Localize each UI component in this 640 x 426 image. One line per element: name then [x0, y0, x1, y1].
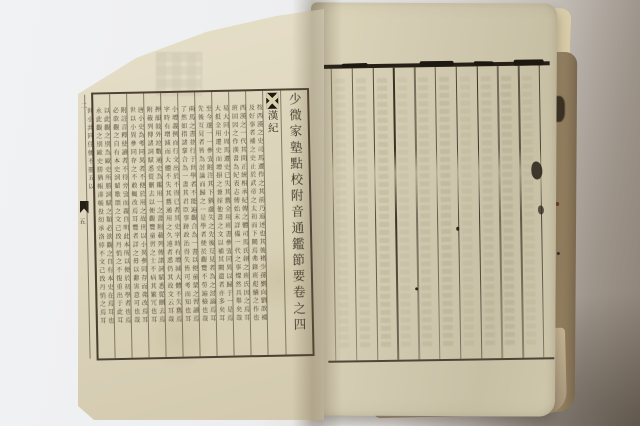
ruled-area: [324, 61, 555, 363]
show-through-text-column: [480, 76, 494, 346]
ink-smudge: [342, 63, 368, 68]
ink-smudge: [474, 61, 494, 65]
show-through-text-column: [501, 76, 515, 346]
right-page: [309, 2, 557, 416]
printed-text-frame: 少微家塾點校附音通鑑節要卷之四 漢紀 按西漢之史司馬遷作之其前乃追述也其後褚少孫…: [91, 88, 315, 361]
show-through-text-column: [397, 78, 411, 348]
show-through-text-column: [376, 78, 390, 348]
photo-of-open-woodblock-book: 二 五 少微家塾點校附音通鑑節要卷之四 漢紀 按西漢之史司馬遷作之其前乃追述也其…: [0, 0, 640, 426]
show-through-text-column: [335, 78, 349, 348]
ink-smudge: [420, 61, 454, 67]
banxin-page-number: 五: [78, 218, 87, 225]
title-column: 少微家塾點校附音通鑑節要卷之四: [280, 90, 313, 355]
show-through-text-column: [460, 77, 474, 347]
volume-title: 少微家塾點校附音通鑑節要卷之四: [281, 92, 312, 334]
show-through-text-column: [356, 78, 370, 348]
printers-mark-icon: [266, 93, 278, 109]
show-through-text-column: [439, 77, 453, 347]
show-through-text-column: [522, 76, 536, 346]
stain-dot: [557, 252, 560, 255]
show-through-text-column: [418, 77, 432, 347]
section-header: 漢紀: [263, 110, 281, 135]
